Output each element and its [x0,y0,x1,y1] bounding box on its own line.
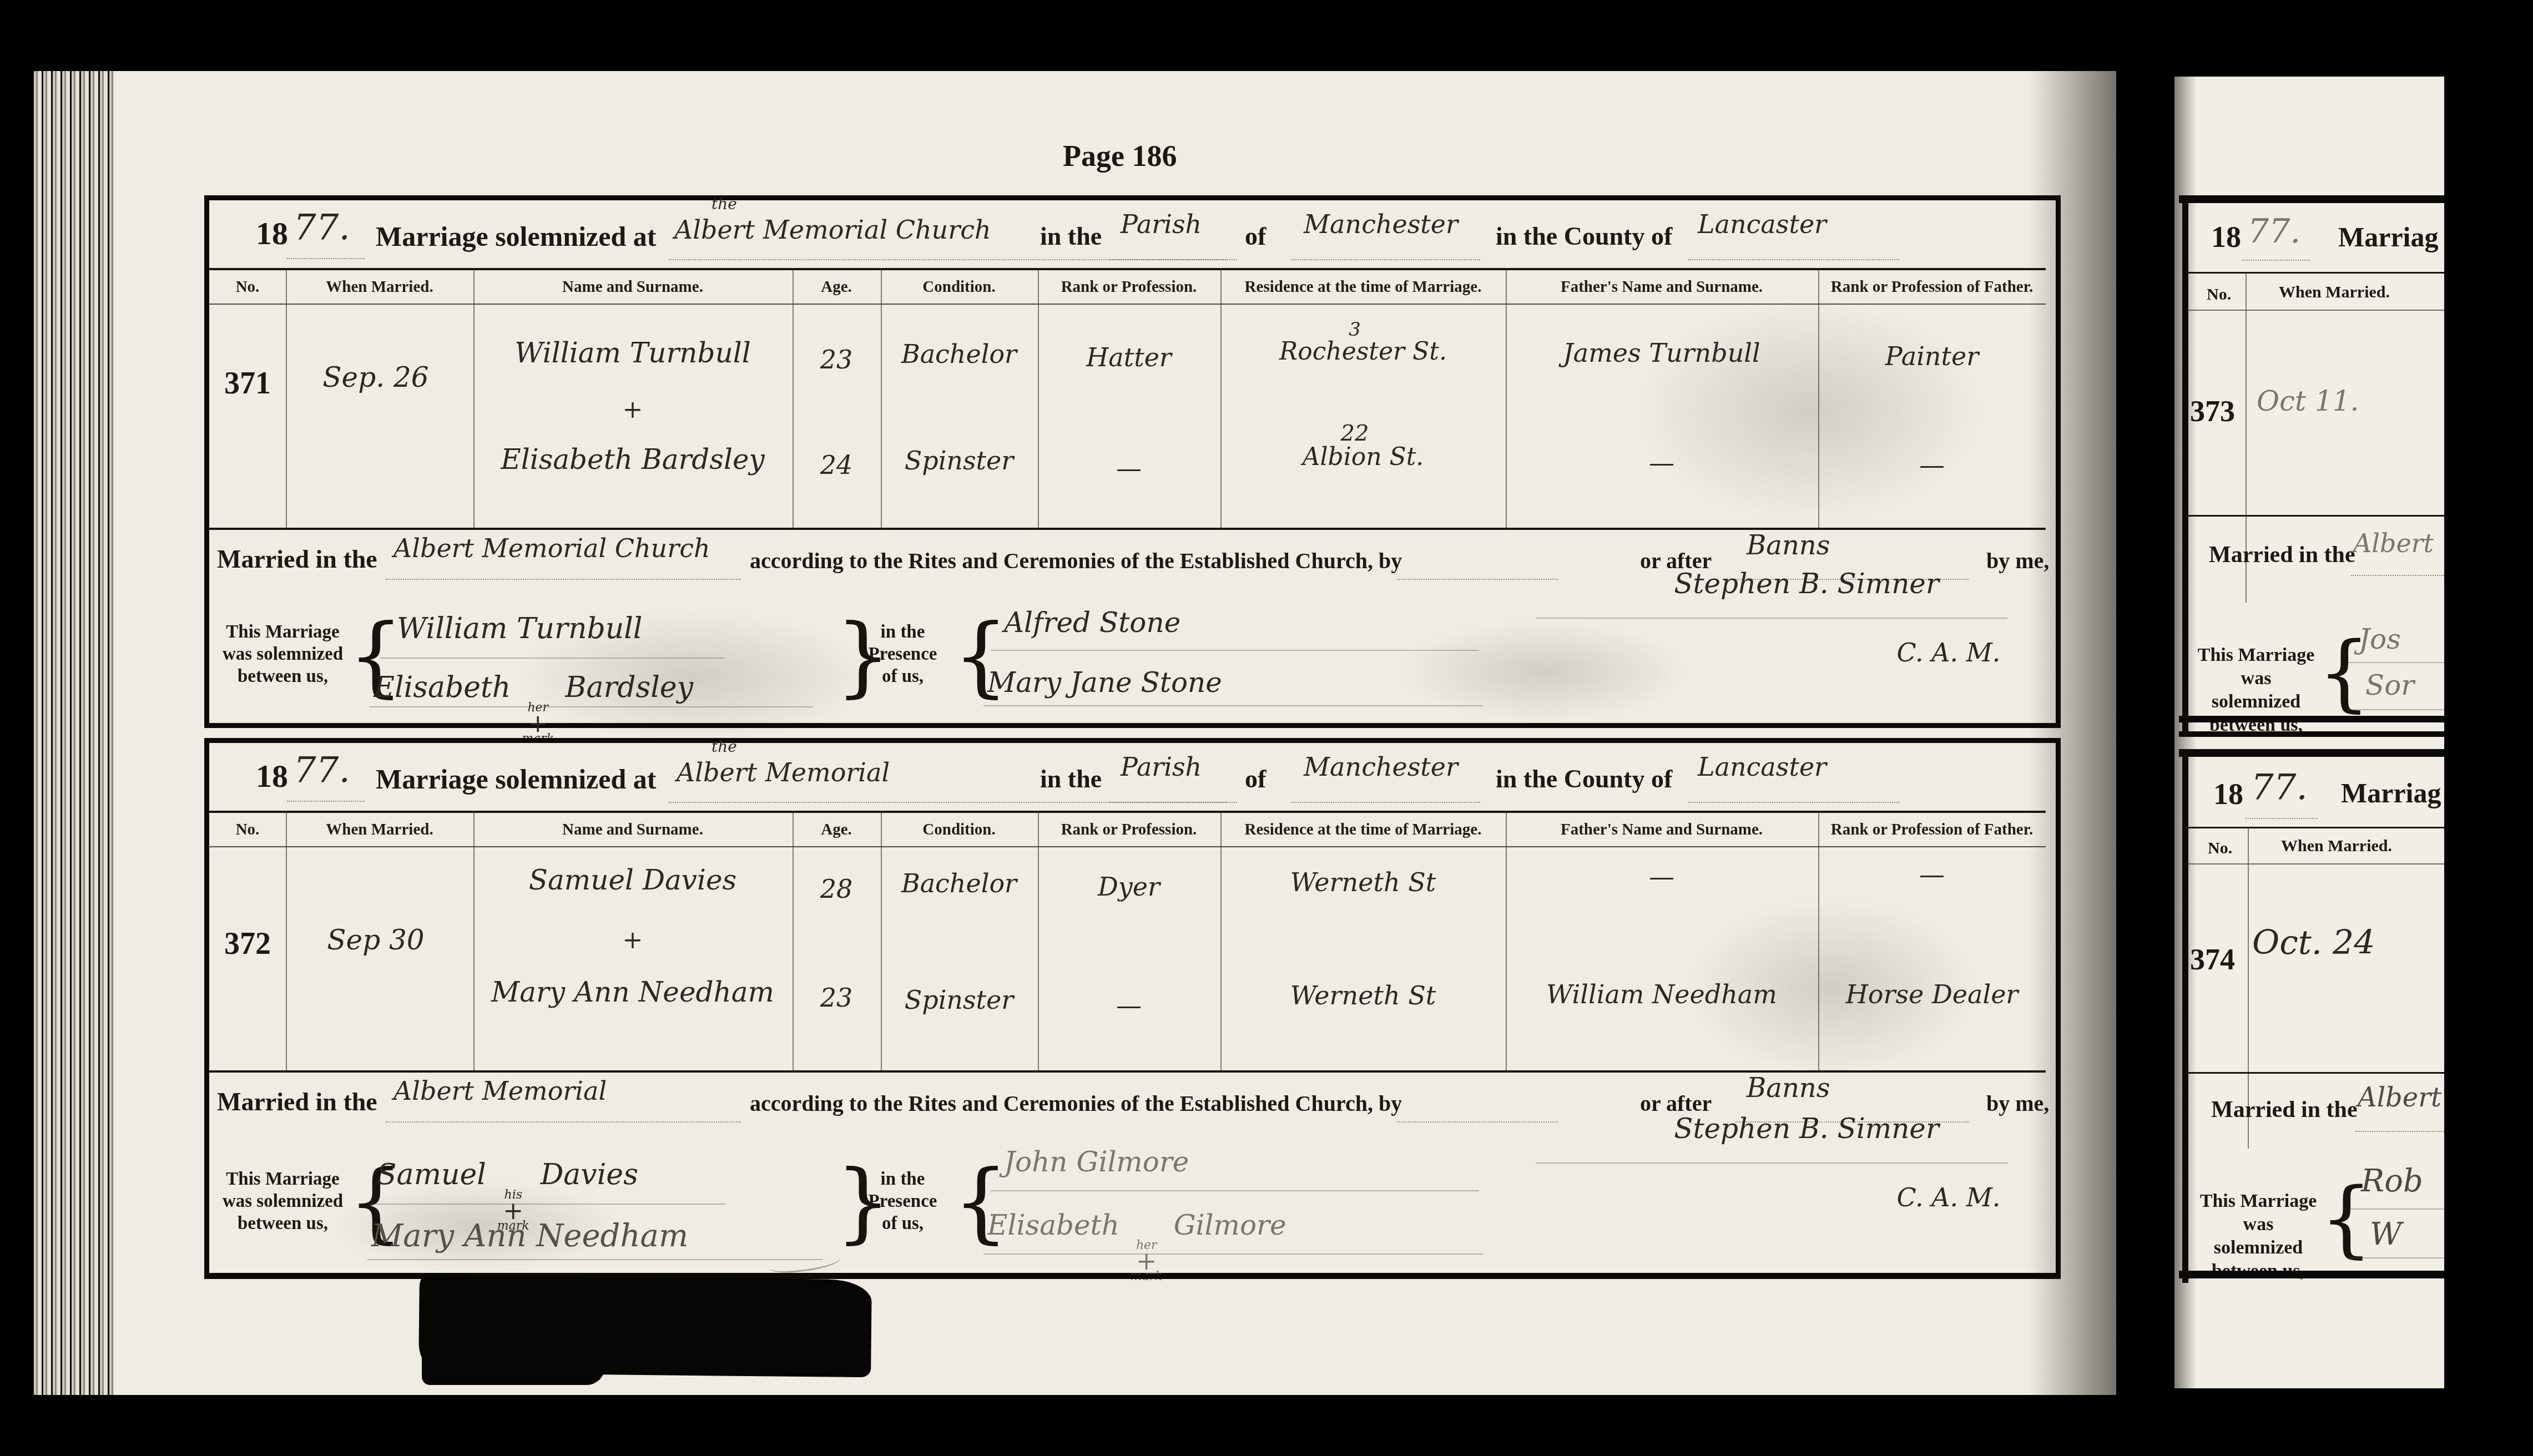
residence-street: Rochester St. [1279,340,1447,365]
rites-label: according to the Rites and Ceremonies of… [750,1090,1402,1116]
year-handwritten: 77. [2248,212,2300,251]
year-handwritten: 77. [294,750,350,791]
column-line [793,268,794,528]
col-residence: Residence at the time of Marriage. [1245,821,1482,839]
rule [386,1121,741,1123]
signature-partial: Jos [2359,623,2401,655]
column-line [1506,268,1507,528]
page-number: Page 186 [1063,139,1177,173]
church-name: Albert Memorial Church [674,215,991,245]
rule [2355,1131,2444,1132]
witness-2-signature: Mary Jane Stone [987,666,1222,699]
rule [2179,1271,2444,1278]
witness-2-signature: Elisabethher+markGilmore [987,1209,1286,1282]
married-in-church: Albert [2358,1082,2441,1113]
residence-number: 3 [1349,320,1361,340]
label-line: between us, [215,665,351,687]
by-me-label: by me, [1986,1090,2049,1116]
rule [2188,1072,2444,1074]
rule [1397,1121,1558,1123]
col-father-name: Father's Name and Surname. [1561,821,1763,839]
banns-value: Banns [1747,530,1830,561]
signature-partial: Sor [2365,669,2414,701]
married-in-label: Married in the [2211,1096,2358,1123]
bride-sig-first: Elisabeth [374,671,511,704]
col-rank-profession: Rank or Profession. [1061,821,1197,839]
groom-sig-last: Davies [541,1158,638,1191]
bride-father-profession: Horse Dealer [1846,979,2019,1009]
bride-father-profession: — [1919,450,1945,480]
rule [2351,575,2444,576]
column-line [473,268,475,528]
col-residence: Residence at the time of Marriage. [1245,278,1482,296]
married-in-label: Married in the [217,544,377,574]
minister-signature: Stephen B. Simner [1674,1113,1939,1145]
year-printed: 18 [256,215,288,252]
column-line [1038,811,1039,1070]
bride-residence: Werneth St [1290,980,1436,1010]
groom-profession: Dyer [1098,872,1160,902]
col-rank-profession: Rank or Profession. [1061,278,1197,296]
married-in-church: Albert Memorial [393,1076,607,1106]
signature-line [983,705,1483,706]
col-age: Age. [821,278,852,296]
register-entry-371: 18 77. Marriage solemnized at the Albert… [204,195,2061,728]
col-father-name: Father's Name and Surname. [1561,278,1763,296]
year-printed: 18 [2211,220,2241,254]
bride-condition: Spinster [905,985,1014,1015]
column-line [473,811,475,1070]
bride-age: 23 [820,983,853,1013]
year-printed: 18 [256,757,288,795]
when-married-value: Sep 30 [327,924,424,956]
groom-father-profession: — [1919,860,1945,889]
heading-label-partial: Marriag [2338,221,2438,253]
rule [2188,310,2444,311]
this-marriage-label: This Marriage was solemnized between us, [215,1168,351,1235]
column-line [1818,268,1819,528]
col-age: Age. [821,821,852,839]
groom-father-name: James Turnbull [1563,338,1760,368]
married-in-church: Albert Memorial Church [393,533,710,563]
groom-name: Samuel Davies [529,864,737,896]
in-the-label: in the [1040,221,1102,251]
col-father-profession: Rank or Profession of Father. [1831,278,2033,296]
witness2-first: Elisabeth [987,1209,1119,1241]
rule [1291,259,1480,260]
bride-condition: Spinster [905,446,1014,476]
parish-place: Manchester [1304,752,1458,782]
label-line: was solemnized [2196,667,2317,714]
year-handwritten: 77. [2251,767,2308,808]
signature-line [991,650,1479,651]
bride-signature: Mary Ann Needham [371,1218,688,1254]
rule [287,801,365,802]
when-married-value: Oct 11. [2257,385,2359,417]
column-line [286,268,287,528]
label-line: This Marriage [2196,644,2317,667]
in-the-label: in the [1040,764,1102,793]
rule [2188,272,2444,274]
presence-label: in the Presence of us, [854,1168,951,1235]
bride-father-name: William Needham [1546,979,1777,1009]
label-line: was solemnized [2197,1213,2320,1260]
rule [209,811,2046,813]
rule [2179,195,2444,203]
groom-father-name: — [1649,862,1674,892]
column-line [881,811,882,1070]
rule [2246,818,2318,819]
label-line: between us, [215,1212,351,1235]
col-when-married: When Married. [326,821,433,839]
county-name: Lancaster [1698,752,1826,782]
book-page-edges [32,71,117,1395]
bride-age: 24 [820,450,853,480]
label-line: This Marriage [2197,1190,2320,1213]
signature-partial: W [2370,1216,2402,1252]
bride-father-name: — [1649,448,1674,478]
col-condition: Condition. [922,278,995,296]
minister-signature: Stephen B. Simner [1674,568,1939,600]
name-joiner: + [623,396,643,424]
this-marriage-label: This Marriage was solemnized between us, [2196,644,2317,737]
heading-label: Marriage solemnized at [376,220,656,252]
column-line [286,811,287,1070]
bride-name: Mary Ann Needham [491,976,774,1008]
county-name: Lancaster [1698,209,1826,239]
groom-residence: 3 Rochester St. [1279,320,1447,365]
year-printed: 18 [2213,777,2243,811]
of-label: of [1245,764,1266,793]
groom-age: 23 [820,345,853,375]
signature-line [983,1253,1483,1255]
banns-value: Banns [1747,1073,1830,1104]
label-line: in the [854,1168,951,1190]
border-line [2182,749,2188,1283]
col-no: No. [236,278,260,296]
rule [1109,259,1237,260]
signature-line [370,1204,725,1205]
minister-degree: C. A. M. [1897,638,2001,668]
label-line: of us, [854,1212,951,1235]
minister-degree: C. A. M. [1897,1182,2001,1212]
the-annotation: the [712,737,737,756]
signature-line [2348,709,2444,710]
county-label: in the County of [1496,764,1672,793]
married-in-label: Married in the [2209,542,2355,568]
col-father-profession: Rank or Profession of Father. [1831,821,2033,839]
rule [1688,802,1899,803]
year-handwritten: 77. [294,207,350,248]
column-line [1506,811,1507,1070]
rule [1397,579,1558,580]
witness2-last: Gilmore [1174,1209,1286,1241]
signature-line [369,706,813,707]
this-marriage-label: This Marriage was solemnized between us, [2197,1190,2320,1283]
col-when-married: When Married. [326,278,433,296]
signature-line [2349,1209,2444,1210]
rule [2188,827,2444,828]
residence-street: Albion St. [1303,445,1424,470]
parish-place: Manchester [1304,209,1458,239]
rites-label: according to the Rites and Ceremonies of… [750,548,1402,574]
right-page: 18 77. Marriag No. When Married. 373 Oct… [2174,77,2444,1388]
of-label: of [1245,221,1266,251]
witness-1-signature: Alfred Stone [1004,606,1180,639]
rule [287,258,365,259]
parish-word: Parish [1121,752,1202,782]
heading-label: Marriage solemnized at [376,763,656,795]
when-married-value: Oct. 24 [2252,923,2375,962]
signature-line [2349,1257,2444,1258]
rule [1109,802,1237,803]
married-in-church: Albert [2353,528,2434,558]
rule [1688,259,1899,260]
groom-profession: Hatter [1086,342,1172,372]
rule [2188,863,2444,865]
col-name-surname: Name and Surname. [562,821,703,839]
witness-1-signature: John Gilmore [1004,1146,1189,1178]
label-line: of us, [854,665,951,687]
entry-no: 371 [224,366,271,401]
label-line: was solemnized [215,643,351,665]
col-name-surname: Name and Surname. [562,278,703,296]
col-no: No. [236,821,260,839]
groom-name: William Turnbull [514,337,750,369]
ink-blot [422,1353,605,1385]
groom-father-profession: Painter [1885,341,1979,371]
when-married-value: Sep. 26 [322,361,428,393]
bride-profession: — [1116,990,1142,1020]
groom-condition: Bachelor [901,868,1017,898]
married-in-label: Married in the [217,1087,377,1116]
register-entry-372: 18 77. Marriage solemnized at the Albert… [204,738,2061,1278]
rule [209,304,2046,305]
label-line: in the [854,621,951,643]
name-joiner: + [623,926,643,954]
the-annotation: the [712,195,737,213]
rule [2179,749,2444,757]
rule [1291,802,1480,803]
this-marriage-label: This Marriage was solemnized between us, [215,621,351,687]
rule [209,268,2046,270]
label-line: This Marriage [215,1168,351,1190]
heading-label-partial: Marriag [2341,777,2441,809]
border-line [2182,195,2188,735]
column-line [881,268,882,528]
bride-signature: Elisabethher+markBardsley [374,671,693,745]
church-name: Albert Memorial [677,757,890,787]
groom-age: 28 [820,874,853,904]
signature-line [991,1190,1479,1191]
column-line [793,811,794,1070]
signature-line [2348,662,2444,663]
label-line: Presence [854,1190,951,1212]
county-label: in the County of [1496,221,1672,251]
col-when-married: When Married. [2281,837,2392,856]
entry-no: 373 [2190,394,2235,428]
groom-condition: Bachelor [901,339,1017,369]
presence-label: in the Presence of us, [854,621,951,687]
parish-word: Parish [1121,209,1202,239]
column-line [1220,811,1222,1070]
signature-partial: Rob [2361,1163,2423,1199]
rule [2242,260,2310,261]
bride-name: Elisabeth Bardsley [501,443,765,476]
label-line: This Marriage [215,621,351,643]
rule [2179,731,2444,737]
residence-number: 22 [1341,422,1369,445]
label-line: was solemnized [215,1190,351,1212]
col-when-married: When Married. [2279,283,2390,302]
bride-profession: — [1116,453,1142,483]
entry-no: 372 [224,926,271,962]
signature-line [367,1259,823,1260]
label-line: Presence [854,643,951,665]
signature-line [1536,1162,2007,1164]
by-me-label: by me, [1986,548,2049,574]
entry-no: 374 [2190,942,2235,977]
column-line [1818,811,1819,1070]
rule [386,579,741,580]
col-condition: Condition. [922,821,995,839]
col-no: No. [2208,839,2232,858]
groom-sig-first: Samuel [377,1158,486,1191]
bride-residence: 22 Albion St. [1303,422,1424,470]
col-no: No. [2207,285,2231,304]
register-scan: Page 186 18 77. Marriage solemnized at t… [0,0,2533,1456]
signature-line [1536,618,2007,619]
rule [209,846,2046,847]
bride-sig-last: Bardsley [565,671,693,704]
groom-signature: William Turnbull [397,612,642,645]
column-line [1038,268,1039,528]
mark-cross: + [528,714,548,734]
rule [2188,515,2444,517]
groom-residence: Werneth St [1290,867,1436,897]
rule [2179,716,2444,722]
signature-line [380,658,724,659]
column-line [1220,268,1222,528]
